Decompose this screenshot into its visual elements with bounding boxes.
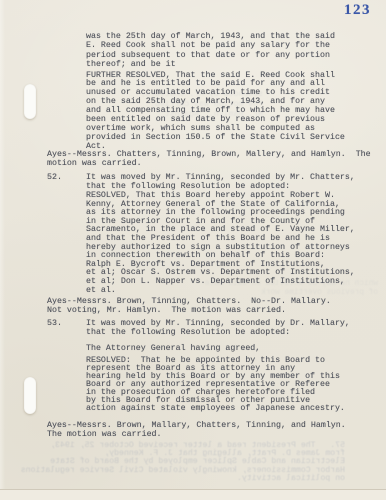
vote-record-2: Ayes--Messrs. Brown, Tinning, Chatters. … [47, 297, 331, 316]
scan-left-edge [0, 0, 5, 500]
paragraph-further-resolved: FURTHER RESOLVED, That the said E. Reed … [86, 72, 345, 153]
scanned-page: 123 seconded by Mr. Chatters, The motion… [0, 0, 386, 500]
binding-slot-bottom [24, 377, 36, 414]
binding-slot-top [24, 84, 36, 119]
scan-bottom-edge [0, 489, 386, 500]
item-53-agreement-line: The Attorney General having agreed, [86, 344, 260, 353]
item-number-53: 53. [47, 319, 62, 328]
item-52-resolution: RESOLVED, That this Board hereby appoint… [86, 192, 355, 295]
page-number: 123 [344, 2, 371, 19]
item-52-motion: It was moved by Mr. Tinning, seconded by… [86, 173, 355, 192]
item-53-motion: It was moved by Mr. Tinning, seconded by… [86, 319, 350, 338]
bleedthrough-text-bottom: 57. The President read a letter received… [25, 442, 345, 483]
item-53-resolution: RESOLVED: That he be appointed by this B… [86, 357, 345, 413]
vote-record-1: Ayes--Messrs. Chatters, Tinning, Brown, … [47, 150, 371, 169]
vote-record-3: Ayes--Messrs. Brown, Mallary, Chatters, … [47, 421, 346, 439]
paragraph-continuation: was the 25th day of March, 1943, and tha… [86, 32, 335, 70]
item-number-52: 52. [47, 173, 62, 182]
